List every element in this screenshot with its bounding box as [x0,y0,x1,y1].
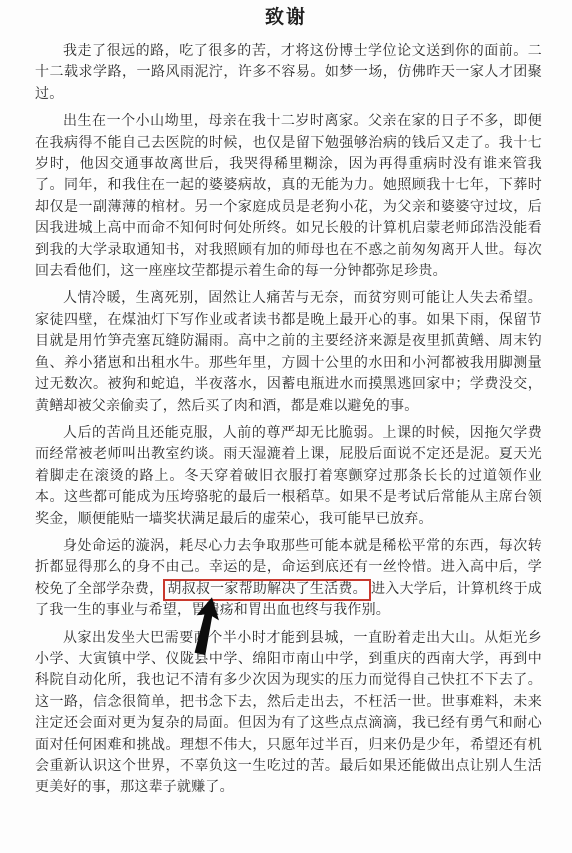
paragraph-3: 人情冷暖，生离死别，固然让人痛苦与无奈，而贫穷则可能让人失去希望。家徒四壁，在煤… [35,288,542,416]
annotation-highlight-box: 胡叔叔一家帮助解决了生活费。 [163,579,371,601]
paragraph-1: 我走了很远的路，吃了很多的苦，才将这份博士学位论文送到你的面前。二十二载求学路，… [35,41,542,105]
page-title: 致谢 [0,0,572,29]
document-body: 我走了很远的路，吃了很多的苦，才将这份博士学位论文送到你的面前。二十二载求学路，… [0,29,572,799]
paragraph-4: 人后的苦尚且还能克服，人前的尊严却无比脆弱。上课的时候，因拖欠学费而经常被老师叫… [35,423,542,530]
paragraph-6: 从家出发坐大巴需要两个半小时才能到县城，一直盼着走出大山。从炬光乡小学、大寅镇中… [35,628,542,799]
document-page: 致谢 我走了很远的路，吃了很多的苦，才将这份博士学位论文送到你的面前。二十二载求… [0,0,572,853]
paragraph-2: 出生在一个小山坳里，母亲在我十二岁时离家。父亲在家的日子不多，即便在我病得不能自… [35,111,542,282]
paragraph-5: 身处命运的漩涡，耗尽心力去争取那些可能本就是稀松平常的东西，每次转折都显得那么的… [35,536,542,622]
